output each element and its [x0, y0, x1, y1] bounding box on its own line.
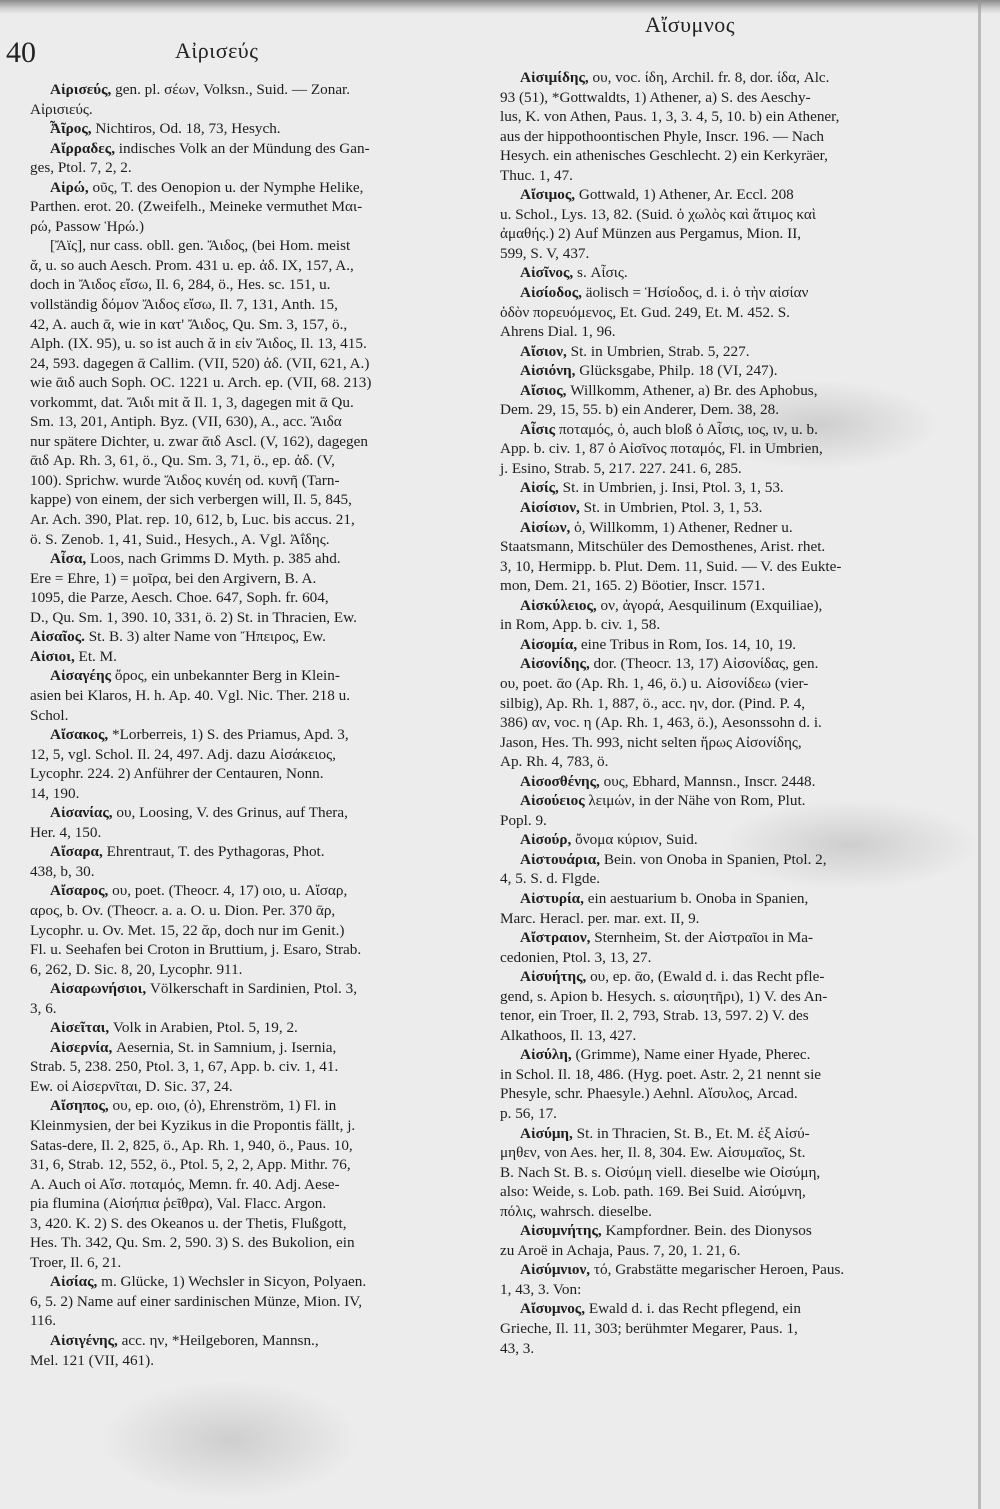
entry-text: Hes. Th. 342, Qu. Sm. 2, 590. 3) S. des …	[30, 1234, 355, 1251]
headword: Αἴσαρα,	[50, 843, 103, 860]
headword: Αἰσκύλειος,	[520, 597, 597, 614]
entry-text: dor. (Theocr. 13, 17) Αἰσονίδας, gen.	[590, 655, 819, 672]
entry-text: Grieche, Il. 11, 303; berühmter Megarer,…	[500, 1320, 798, 1337]
text-line: 3, 420. K. 2) S. des Okeanos u. der Thet…	[30, 1214, 480, 1234]
entry-line: Αἰσαρωνήσιοι, Völkerschaft in Sardinien,…	[30, 979, 480, 999]
entry-text: Willkomm, Athener, a) Br. des Aphobus,	[566, 382, 817, 399]
text-line: Popl. 9.	[500, 811, 960, 831]
headword: Αἰσοσθένης,	[520, 773, 600, 790]
text-line: 1095, die Parze, Aesch. Choe. 647, Soph.…	[30, 588, 480, 608]
text-line: 31, 6, Strab. 12, 552, ö., Ptol. 5, 2, 2…	[30, 1155, 480, 1175]
entry-line: Αἰστουάρια, Bein. von Onoba in Spanien, …	[500, 850, 960, 870]
entry-line: Αἴσηπος, ου, ep. οιο, (ὁ), Ehrenström, 1…	[30, 1096, 480, 1116]
headword: Αἰσανίας,	[50, 804, 113, 821]
entry-line: Αἰσιγένης, acc. ην, *Heilgeboren, Mannsn…	[30, 1331, 480, 1351]
entry-text: 116.	[30, 1312, 56, 1329]
entry-line: Αἰρισεύς, gen. pl. σέων, Volksn., Suid. …	[30, 80, 480, 100]
headword: Αἴσακος,	[50, 726, 108, 743]
entry-text: aus der hippothoontischen Phyle, Inscr. …	[500, 128, 824, 145]
entry-text: 438, b, 30.	[30, 863, 95, 880]
entry-text: Lycophr. 224. 2) Anführer der Centauren,…	[30, 765, 324, 782]
entry-line: Αἰσομία, eine Tribus in Rom, Ios. 14, 10…	[500, 635, 960, 655]
entry-line: Αἰρώ, οῦς, T. des Oenopion u. der Nymphe…	[30, 178, 480, 198]
text-line: j. Esino, Strab. 5, 217. 227. 241. 6, 28…	[500, 459, 960, 479]
entry-line: Αἰσίων, ὁ, Willkomm, 1) Athener, Redner …	[500, 518, 960, 538]
entry-text: 24, 593. dagegen ᾱ Callim. (VII, 520) ἀδ…	[30, 355, 369, 372]
entry-line: Αἴσαρα, Ehrentraut, T. des Pythagoras, P…	[30, 842, 480, 862]
entry-line: Αἰσίς, St. in Umbrien, j. Insi, Ptol. 3,…	[500, 478, 960, 498]
text-line: pia flumina (Αἰσήπια ῥεῖθρα), Val. Flacc…	[30, 1194, 480, 1214]
text-line: aus der hippothoontischen Phyle, Inscr. …	[500, 127, 960, 147]
entry-text: [Ἄϊς], nur cass. obll. gen. Ἄιδος, (bei …	[50, 237, 350, 254]
entry-line: Αἰσεῖται, Volk in Arabien, Ptol. 5, 19, …	[30, 1018, 480, 1038]
entry-line: Αἶσις ποταμός, ὁ, auch bloß ὁ Αἶσις, ιος…	[500, 420, 960, 440]
text-line: Αἰρισιεύς.	[30, 100, 480, 120]
entry-text: Glücksgabe, Philp. 18 (VI, 247).	[575, 362, 777, 379]
entry-text: cedonien, Ptol. 3, 13, 27.	[500, 949, 651, 966]
text-line: Lycophr. 224. 2) Anführer der Centauren,…	[30, 764, 480, 784]
entry-text: 100). Sprichw. wurde Ἄιδος κυνέη od. κυν…	[30, 472, 340, 489]
entry-text: ποταμός, ὁ, auch bloß ὁ Αἶσις, ιος, ιν, …	[555, 421, 818, 438]
headword: Αἰσαῖος.	[30, 628, 85, 645]
entry-text: Strab. 5, 238. 250, Ptol. 3, 1, 67, App.…	[30, 1058, 338, 1075]
entry-text: ρώ, Passow Ἡρώ.)	[30, 218, 144, 235]
entry-text: lus, K. von Athen, Paus. 1, 3, 3. 4, 5, …	[500, 108, 839, 125]
entry-text: Völkerschaft in Sardinien, Ptol. 3,	[146, 980, 357, 997]
headword: Αἰσιγένης,	[50, 1332, 118, 1349]
entry-text: Ew. οἱ Αἰσερνῖται, D. Sic. 37, 24.	[30, 1078, 233, 1095]
entry-text: 93 (51), *Gottwaldts, 1) Athener, a) S. …	[500, 89, 811, 106]
headword: Αἰσερνία,	[50, 1039, 112, 1056]
entry-text: kappe) von einem, der sich verbergen wil…	[30, 491, 352, 508]
entry-line: Ἆῖρος, Nichtiros, Od. 18, 73, Hesych.	[30, 119, 480, 139]
text-line: Ere = Ehre, 1) = μοῖρα, bei den Argivern…	[30, 569, 480, 589]
entry-text: ους, Ebhard, Mannsn., Inscr. 2448.	[600, 773, 816, 790]
text-line: ρώ, Passow Ἡρώ.)	[30, 217, 480, 237]
left-column: Αἰρισεύς, gen. pl. σέων, Volksn., Suid. …	[30, 80, 480, 1370]
headword: Αἰσίσιον,	[520, 499, 580, 516]
text-line: 43, 3.	[500, 1339, 960, 1359]
entry-text: Schol.	[30, 707, 68, 724]
text-line: ὁδὸν πορευόμενος, Et. Gud. 249, Et. M. 4…	[500, 303, 960, 323]
entry-text: St. in Thracien, St. B., Et. M. ἐξ Αἰσύ-	[573, 1125, 810, 1142]
entry-text: St. B. 3) alter Name von Ἤπειρος, Ew.	[85, 628, 326, 645]
entry-text: also: Weide, s. Lob. path. 169. Bei Suid…	[500, 1183, 806, 1200]
entry-text: Marc. Heracl. per. mar. ext. II, 9.	[500, 910, 699, 927]
text-line: 3, 6.	[30, 999, 480, 1019]
text-line: Mel. 121 (VII, 461).	[30, 1351, 480, 1371]
entry-text: in Schol. Il. 18, 486. (Hyg. poet. Astr.…	[500, 1066, 821, 1083]
text-line: Parthen. erot. 20. (Zweifelh., Meineke v…	[30, 197, 480, 217]
entry-text: ου, poet. ᾱο (Ap. Rh. 1, 46, ö.) u. Αἰσο…	[500, 675, 808, 692]
text-line: Grieche, Il. 11, 303; berühmter Megarer,…	[500, 1319, 960, 1339]
entry-text: ου, poet. (Theocr. 4, 17) οιο, u. Αἴσαρ,	[108, 882, 347, 899]
headword: Αἰστυρία,	[520, 890, 584, 907]
entry-text: Gottwald, 1) Athener, Ar. Eccl. 208	[575, 186, 794, 203]
entry-text: τό, Grabstätte megarischer Heroen, Paus.	[590, 1261, 844, 1278]
entry-text: 42, A. auch ᾱ, wie in κατ' Ἄιδος, Qu. Sm…	[30, 316, 347, 333]
entry-text: A. Auch οἱ Αἴσ. ποταμός, Memn. fr. 40. A…	[30, 1176, 340, 1193]
entry-text: Alph. (IX. 95), u. so ist auch ᾰ in εἰν …	[30, 335, 367, 352]
entry-text: zu Aroë in Achaja, Paus. 7, 20, 1. 21, 6…	[500, 1242, 740, 1259]
text-line: 100). Sprichw. wurde Ἄιδος κυνέη od. κυν…	[30, 471, 480, 491]
entry-text: B. Nach St. B. s. Οἰσύμη viell. dieselbe…	[500, 1164, 820, 1181]
text-line: cedonien, Ptol. 3, 13, 27.	[500, 948, 960, 968]
text-line: 386) αν, voc. η (Ap. Rh. 1, 463, ö.), Ae…	[500, 713, 960, 733]
text-line: Hes. Th. 342, Qu. Sm. 2, 590. 3) S. des …	[30, 1233, 480, 1253]
entry-text: St. in Umbrien, Ptol. 3, 1, 53.	[580, 499, 763, 516]
text-line: vorkommt, dat. Ἄιδι mit ᾰ Il. 1, 3, dage…	[30, 393, 480, 413]
text-line: Satas-dere, Il. 2, 825, ö., Ap. Rh. 1, 9…	[30, 1136, 480, 1156]
entry-line: Αἰσοσθένης, ους, Ebhard, Mannsn., Inscr.…	[500, 772, 960, 792]
headword: Αἰσιόνη,	[520, 362, 575, 379]
entry-text: ου, Loosing, V. des Grinus, auf Thera,	[113, 804, 348, 821]
entry-text: Ere = Ehre, 1) = μοῖρα, bei den Argivern…	[30, 570, 316, 587]
text-line: πόλις, wahrsch. dieselbe.	[500, 1202, 960, 1222]
entry-text: Αἰρισιεύς.	[30, 101, 93, 118]
text-line: 12, 5, vgl. Schol. Il. 24, 497. Adj. daz…	[30, 745, 480, 765]
entry-line: Αἰσκύλειος, ον, ἀγορά, Aesquilinum (Exqu…	[500, 596, 960, 616]
entry-line: Αἶσα, Loos, nach Grimms D. Myth. p. 385 …	[30, 549, 480, 569]
entry-text: πόλις, wahrsch. dieselbe.	[500, 1203, 652, 1220]
text-line: αρος, b. Ov. (Theocr. a. a. O. u. Dion. …	[30, 901, 480, 921]
headword: Αἰσυμνήτης,	[520, 1222, 602, 1239]
scan-smudge	[100, 1380, 360, 1500]
entry-text: doch in Ἄιδος εἴσω, Il. 6, 284, ö., Hes.…	[30, 276, 330, 293]
entry-text: äolisch = Ἡσίοδος, d. i. ὁ τὴν αἰσίαν	[582, 284, 809, 301]
text-line: zu Aroë in Achaja, Paus. 7, 20, 1. 21, 6…	[500, 1241, 960, 1261]
entry-text: silbig), Ap. Rh. 1, 887, ö., acc. ην, do…	[500, 695, 805, 712]
entry-text: Ap. Rh. 4, 783, ö.	[500, 753, 608, 770]
text-line: 6, 5. 2) Name auf einer sardinischen Mün…	[30, 1292, 480, 1312]
text-line: 599, S. V, 437.	[500, 244, 960, 264]
text-line: 3, 10, Hermipp. b. Plut. Dem. 11, Suid. …	[500, 557, 960, 577]
text-line: μηθεν, von Aes. her, Il. 8, 304. Ew. Αἰσ…	[500, 1143, 960, 1163]
text-line: Phesyle, schr. Phaesyle.) Aehnl. Αἴσυλος…	[500, 1084, 960, 1104]
entry-line: Αἰσανίας, ου, Loosing, V. des Grinus, au…	[30, 803, 480, 823]
text-line: Her. 4, 150.	[30, 823, 480, 843]
entry-text: s. Αἶσις.	[573, 264, 627, 281]
entry-line: Αἰσιόνη, Glücksgabe, Philp. 18 (VI, 247)…	[500, 361, 960, 381]
text-line: Alkathoos, Il. 13, 427.	[500, 1026, 960, 1046]
text-line: Ap. Rh. 4, 783, ö.	[500, 752, 960, 772]
text-line: gend, s. Apion b. Hesych. s. αἰσυητῆρι),…	[500, 987, 960, 1007]
entry-text: Parthen. erot. 20. (Zweifelh., Meineke v…	[30, 198, 362, 215]
text-line: tenor, ein Troer, Il. 2, 793, Strab. 13,…	[500, 1006, 960, 1026]
entry-text: ου, ep. ᾱο, (Ewald d. i. das Recht pfle-	[586, 968, 824, 985]
entry-text: 3, 10, Hermipp. b. Plut. Dem. 11, Suid. …	[500, 558, 841, 575]
text-line: ου, poet. ᾱο (Ap. Rh. 1, 46, ö.) u. Αἰσο…	[500, 674, 960, 694]
entry-text: indisches Volk an der Mündung des Gan-	[115, 140, 370, 157]
text-line: Jason, Hes. Th. 993, nicht selten ἥρως Α…	[500, 733, 960, 753]
text-line: 93 (51), *Gottwaldts, 1) Athener, a) S. …	[500, 88, 960, 108]
headword: Αἰσίων,	[520, 519, 570, 536]
text-line: Ahrens Dial. 1, 96.	[500, 322, 960, 342]
entry-text: u. Schol., Lys. 13, 82. (Suid. ὁ χωλὸς κ…	[500, 206, 816, 223]
entry-line: Αἴρραδες, indisches Volk an der Mündung …	[30, 139, 480, 159]
text-line: Marc. Heracl. per. mar. ext. II, 9.	[500, 909, 960, 929]
entry-text: οῦς, T. des Oenopion u. der Nymphe Helik…	[89, 179, 364, 196]
text-line: [Ἄϊς], nur cass. obll. gen. Ἄιδος, (bei …	[30, 236, 480, 256]
entry-line: Αἴσιμος, Gottwald, 1) Athener, Ar. Eccl.…	[500, 185, 960, 205]
text-line: Lycophr. u. Ov. Met. 15, 22 ᾰρ, doch nur…	[30, 921, 480, 941]
headword: Αἶσις	[520, 421, 555, 438]
entry-text: Ar. Ach. 390, Plat. rep. 10, 612, b, Luc…	[30, 511, 355, 528]
entry-text: Volk in Arabien, Ptol. 5, 19, 2.	[109, 1019, 298, 1036]
entry-line: Αἰσίας, m. Glücke, 1) Wechsler in Sicyon…	[30, 1272, 480, 1292]
text-line: 438, b, 30.	[30, 862, 480, 882]
entry-text: αρος, b. Ov. (Theocr. a. a. O. u. Dion. …	[30, 902, 335, 919]
text-line: 6, 262, D. Sic. 8, 20, Lycophr. 911.	[30, 960, 480, 980]
entry-text: ἀμαθής.) 2) Auf Münzen aus Pergamus, Mio…	[500, 225, 801, 242]
entry-text: Kleinmysien, der bei Kyzikus in die Prop…	[30, 1117, 355, 1134]
text-line: Sm. 13, 201, Antiph. Byz. (VII, 630), A.…	[30, 412, 480, 432]
entry-text: St. in Umbrien, Strab. 5, 227.	[567, 343, 750, 360]
entry-text: ὄνομα κύριον, Suid.	[571, 831, 697, 848]
entry-text: tenor, ein Troer, Il. 2, 793, Strab. 13,…	[500, 1007, 809, 1024]
entry-line: Αἰσαῖος. St. B. 3) alter Name von Ἤπειρο…	[30, 627, 480, 647]
entry-text: Fl. u. Seehafen bei Croton in Bruttium, …	[30, 941, 361, 958]
entry-text: Loos, nach Grimms D. Myth. p. 385 ahd.	[86, 550, 340, 567]
text-line: ges, Ptol. 7, 2, 2.	[30, 158, 480, 178]
entry-line: Αἴσυμνος, Ewald d. i. das Recht pflegend…	[500, 1299, 960, 1319]
entry-text: ᾱιδ Ap. Rh. 3, 61, ö., Qu. Sm. 3, 71, ö.…	[30, 452, 335, 469]
headword: Αἰσεῖται,	[50, 1019, 109, 1036]
entry-text: 3, 420. K. 2) S. des Okeanos u. der Thet…	[30, 1215, 347, 1232]
headword: Αἰσαγέης	[50, 667, 111, 684]
entry-line: Αἰσίσιον, St. in Umbrien, Ptol. 3, 1, 53…	[500, 498, 960, 518]
headword: Αἴσιμος,	[520, 186, 575, 203]
entry-text: p. 56, 17.	[500, 1105, 557, 1122]
entry-text: ὄρος, ein unbekannter Berg in Klein-	[111, 667, 340, 684]
entry-line: Αἰστυρία, ein aestuarium b. Onoba in Spa…	[500, 889, 960, 909]
running-head-right: Αἴσυμνος	[645, 12, 735, 38]
entry-text: Troer, Il. 6, 21.	[30, 1254, 121, 1271]
entry-text: 1, 43, 3. Von:	[500, 1281, 581, 1298]
text-line: Staatsmann, Mitschüler des Demosthenes, …	[500, 537, 960, 557]
text-line: 4, 5. S. d. Flgde.	[500, 869, 960, 889]
headword: Αἴσηπος,	[50, 1097, 109, 1114]
entry-text: Ahrens Dial. 1, 96.	[500, 323, 616, 340]
headword: Αἰσαρωνήσιοι,	[50, 980, 146, 997]
entry-text: Alkathoos, Il. 13, 427.	[500, 1027, 636, 1044]
entry-text: Hesych. ein athenisches Geschlecht. 2) e…	[500, 147, 828, 164]
text-line: ἀμαθής.) 2) Auf Münzen aus Pergamus, Mio…	[500, 224, 960, 244]
text-line: nur spätere Dichter, u. zwar ᾱιδ Ascl. (…	[30, 432, 480, 452]
entry-text: Et. M.	[75, 648, 117, 665]
text-line: 1, 43, 3. Von:	[500, 1280, 960, 1300]
text-line: in Rom, App. b. civ. 1, 58.	[500, 615, 960, 635]
headword: Αἰστουάρια,	[520, 851, 600, 868]
text-line: lus, K. von Athen, Paus. 1, 3, 3. 4, 5, …	[500, 107, 960, 127]
entry-line: Αἰσούειος λειμών, in der Nähe von Rom, P…	[500, 791, 960, 811]
entry-text: μηθεν, von Aes. her, Il. 8, 304. Ew. Αἰσ…	[500, 1144, 805, 1161]
headword: Αἰσίς,	[520, 479, 559, 496]
headword: Αἰσιοι,	[30, 648, 75, 665]
entry-text: Bein. von Onoba in Spanien, Ptol. 2,	[600, 851, 827, 868]
text-line: ᾰ, u. so auch Aesch. Prom. 431 u. ep. ἀδ…	[30, 256, 480, 276]
text-line: Kleinmysien, der bei Kyzikus in die Prop…	[30, 1116, 480, 1136]
page-fold-line	[978, 0, 981, 1509]
entry-text: m. Glücke, 1) Wechsler in Sicyon, Polyae…	[97, 1273, 366, 1290]
text-line: 116.	[30, 1311, 480, 1331]
entry-line: Αἰσυήτης, ου, ep. ᾱο, (Ewald d. i. das R…	[500, 967, 960, 987]
headword: Αἴρραδες,	[50, 140, 115, 157]
entry-text: acc. ην, *Heilgeboren, Mannsn.,	[118, 1332, 319, 1349]
text-line: vollständig δόμον Ἄιδος εἴσω, Il. 7, 131…	[30, 295, 480, 315]
scan-top-edge	[0, 0, 1000, 14]
text-line: u. Schol., Lys. 13, 82. (Suid. ὁ χωλὸς κ…	[500, 205, 960, 225]
entry-text: ου, ep. οιο, (ὁ), Ehrenström, 1) Fl. in	[109, 1097, 337, 1114]
entry-line: Αἴσαρος, ου, poet. (Theocr. 4, 17) οιο, …	[30, 881, 480, 901]
headword: Αἰρισεύς,	[50, 81, 111, 98]
entry-text: vollständig δόμον Ἄιδος εἴσω, Il. 7, 131…	[30, 296, 338, 313]
text-line: Dem. 29, 15, 55. b) ein Anderer, Dem. 38…	[500, 400, 960, 420]
entry-text: Her. 4, 150.	[30, 824, 101, 841]
entry-text: in Rom, App. b. civ. 1, 58.	[500, 616, 660, 633]
entry-text: Sm. 13, 201, Antiph. Byz. (VII, 630), A.…	[30, 413, 342, 430]
text-line: in Schol. Il. 18, 486. (Hyg. poet. Astr.…	[500, 1065, 960, 1085]
text-line: ö. S. Zenob. 1, 41, Suid., Hesych., A. V…	[30, 530, 480, 550]
entry-text: Staatsmann, Mitschüler des Demosthenes, …	[500, 538, 825, 555]
entry-text: ου, voc. ίδη, Archil. fr. 8, dor. ίδα, A…	[589, 69, 830, 86]
entry-text: ᾰ, u. so auch Aesch. Prom. 431 u. ep. ἀδ…	[30, 257, 354, 274]
entry-text: Satas-dere, Il. 2, 825, ö., Ap. Rh. 1, 9…	[30, 1137, 353, 1154]
running-head-left: Αἰρισεύς	[175, 38, 258, 64]
entry-text: Sternheim, St. der Αἰστραῖοι in Ma-	[590, 929, 813, 946]
text-line: A. Auch οἱ Αἴσ. ποταμός, Memn. fr. 40. A…	[30, 1175, 480, 1195]
entry-text: vorkommt, dat. Ἄιδι mit ᾰ Il. 1, 3, dage…	[30, 394, 354, 411]
headword: Αἴσυμνος,	[520, 1300, 585, 1317]
entry-text: ö. S. Zenob. 1, 41, Suid., Hesych., A. V…	[30, 531, 330, 548]
entry-line: Αἰσῖνος, s. Αἶσις.	[500, 263, 960, 283]
entry-text: λειμών, in der Nähe von Rom, Plut.	[585, 792, 806, 809]
headword: Αἰσούρ,	[520, 831, 571, 848]
entry-text: Mel. 121 (VII, 461).	[30, 1352, 154, 1369]
entry-line: Αἴσιον, St. in Umbrien, Strab. 5, 227.	[500, 342, 960, 362]
headword: Αἴσιον,	[520, 343, 567, 360]
entry-line: Αἰσερνία, Aesernia, St. in Samnium, j. I…	[30, 1038, 480, 1058]
text-line: 42, A. auch ᾱ, wie in κατ' Ἄιδος, Qu. Sm…	[30, 315, 480, 335]
entry-text: nur spätere Dichter, u. zwar ᾱιδ Ascl. (…	[30, 433, 368, 450]
entry-text: pia flumina (Αἰσήπια ῥεῖθρα), Val. Flacc…	[30, 1195, 326, 1212]
text-line: ᾱιδ Ap. Rh. 3, 61, ö., Qu. Sm. 3, 71, ö.…	[30, 451, 480, 471]
headword: Αἰσῖνος,	[520, 264, 573, 281]
entry-text: Ehrentraut, T. des Pythagoras, Phot.	[103, 843, 325, 860]
entry-text: Popl. 9.	[500, 812, 547, 829]
entry-line: Αἴστραιον, Sternheim, St. der Αἰστραῖοι …	[500, 928, 960, 948]
text-line: also: Weide, s. Lob. path. 169. Bei Suid…	[500, 1182, 960, 1202]
headword: Αἴσαρος,	[50, 882, 108, 899]
entry-text: ein aestuarium b. Onoba in Spanien,	[584, 890, 808, 907]
entry-text: *Lorberreis, 1) S. des Priamus, Apd. 3,	[108, 726, 348, 743]
entry-text: mon, Dem. 21, 165. 2) Böotier, Inscr. 15…	[500, 577, 765, 594]
entry-text: 1095, die Parze, Aesch. Choe. 647, Soph.…	[30, 589, 329, 606]
entry-text: App. b. civ. 1, 87 ὁ Αἰσῖνος ποταμός, Fl…	[500, 440, 823, 457]
entry-text: ges, Ptol. 7, 2, 2.	[30, 159, 132, 176]
headword: Αἰσίοδος,	[520, 284, 582, 301]
entry-text: 43, 3.	[500, 1340, 534, 1357]
text-line: p. 56, 17.	[500, 1104, 960, 1124]
entry-text: Kampfordner. Bein. des Dionysos	[602, 1222, 812, 1239]
entry-text: ὁ, Willkomm, 1) Athener, Redner u.	[570, 519, 792, 536]
text-line: Hesych. ein athenisches Geschlecht. 2) e…	[500, 146, 960, 166]
entry-text: 599, S. V, 437.	[500, 245, 589, 262]
entry-line: Αἴσακος, *Lorberreis, 1) S. des Priamus,…	[30, 725, 480, 745]
text-line: D., Qu. Sm. 1, 390. 10, 331, ö. 2) St. i…	[30, 608, 480, 628]
text-line: 24, 593. dagegen ᾱ Callim. (VII, 520) ἀδ…	[30, 354, 480, 374]
entry-line: Αἰσύμνιον, τό, Grabstätte megarischer He…	[500, 1260, 960, 1280]
headword: Ἆῖρος,	[50, 120, 92, 137]
entry-text: asien bei Klaros, H. h. Ap. 40. Vgl. Nic…	[30, 687, 350, 704]
right-column: Αἰσιμίδης, ου, voc. ίδη, Archil. fr. 8, …	[500, 68, 960, 1358]
entry-text: Nichtiros, Od. 18, 73, Hesych.	[92, 120, 281, 137]
entry-text: D., Qu. Sm. 1, 390. 10, 331, ö. 2) St. i…	[30, 609, 357, 626]
entry-line: Αἰσίοδος, äolisch = Ἡσίοδος, d. i. ὁ τὴν…	[500, 283, 960, 303]
headword: Αἰσούειος	[520, 792, 585, 809]
entry-line: Αἰσιοι, Et. M.	[30, 647, 480, 667]
entry-text: (Grimme), Name einer Hyade, Pherec.	[572, 1046, 811, 1063]
entry-text: 14, 190.	[30, 785, 79, 802]
text-line: mon, Dem. 21, 165. 2) Böotier, Inscr. 15…	[500, 576, 960, 596]
headword: Αἰσονίδης,	[520, 655, 590, 672]
entry-text: 6, 5. 2) Name auf einer sardinischen Mün…	[30, 1293, 362, 1310]
headword: Αἴστραιον,	[520, 929, 590, 946]
text-line: wie ᾱιδ auch Soph. OC. 1221 u. Arch. ep.…	[30, 373, 480, 393]
entry-text: 4, 5. S. d. Flgde.	[500, 870, 600, 887]
entry-text: Thuc. 1, 47.	[500, 167, 573, 184]
entry-text: gen. pl. σέων, Volksn., Suid. — Zonar.	[111, 81, 350, 98]
entry-text: Ewald d. i. das Recht pflegend, ein	[585, 1300, 801, 1317]
headword: Αἰσίας,	[50, 1273, 97, 1290]
headword: Αἴσιος,	[520, 382, 566, 399]
text-line: Strab. 5, 238. 250, Ptol. 3, 1, 67, App.…	[30, 1057, 480, 1077]
entry-text: Aesernia, St. in Samnium, j. Isernia,	[112, 1039, 336, 1056]
text-line: Ar. Ach. 390, Plat. rep. 10, 612, b, Luc…	[30, 510, 480, 530]
entry-line: Αἰσυμνήτης, Kampfordner. Bein. des Diony…	[500, 1221, 960, 1241]
text-line: silbig), Ap. Rh. 1, 887, ö., acc. ην, do…	[500, 694, 960, 714]
text-line: Ew. οἱ Αἰσερνῖται, D. Sic. 37, 24.	[30, 1077, 480, 1097]
headword: Αἶσα,	[50, 550, 86, 567]
entry-text: ὁδὸν πορευόμενος, Et. Gud. 249, Et. M. 4…	[500, 304, 790, 321]
text-line: Fl. u. Seehafen bei Croton in Bruttium, …	[30, 940, 480, 960]
entry-text: j. Esino, Strab. 5, 217. 227. 241. 6, 28…	[500, 460, 742, 477]
entry-text: St. in Umbrien, j. Insi, Ptol. 3, 1, 53.	[559, 479, 784, 496]
text-line: B. Nach St. B. s. Οἰσύμη viell. dieselbe…	[500, 1163, 960, 1183]
entry-text: 386) αν, voc. η (Ap. Rh. 1, 463, ö.), Ae…	[500, 714, 822, 731]
text-line: 14, 190.	[30, 784, 480, 804]
entry-text: ον, ἀγορά, Aesquilinum (Exquiliae),	[597, 597, 823, 614]
entry-line: Αἰσαγέης ὄρος, ein unbekannter Berg in K…	[30, 666, 480, 686]
text-line: Alph. (IX. 95), u. so ist auch ᾰ in εἰν …	[30, 334, 480, 354]
entry-text: gend, s. Apion b. Hesych. s. αἰσυητῆρι),…	[500, 988, 827, 1005]
entry-line: Αἴσιος, Willkomm, Athener, a) Br. des Ap…	[500, 381, 960, 401]
entry-line: Αἰσούρ, ὄνομα κύριον, Suid.	[500, 830, 960, 850]
entry-text: 3, 6.	[30, 1000, 57, 1017]
entry-text: eine Tribus in Rom, Ios. 14, 10, 19.	[577, 636, 796, 653]
headword: Αἰρώ,	[50, 179, 89, 196]
headword: Αἰσύμη,	[520, 1125, 573, 1142]
entry-text: Dem. 29, 15, 55. b) ein Anderer, Dem. 38…	[500, 401, 779, 418]
entry-text: 31, 6, Strab. 12, 552, ö., Ptol. 5, 2, 2…	[30, 1156, 351, 1173]
headword: Αἰσυήτης,	[520, 968, 586, 985]
text-line: Thuc. 1, 47.	[500, 166, 960, 186]
entry-text: Lycophr. u. Ov. Met. 15, 22 ᾰρ, doch nur…	[30, 922, 344, 939]
entry-text: wie ᾱιδ auch Soph. OC. 1221 u. Arch. ep.…	[30, 374, 371, 391]
entry-line: Αἰσιμίδης, ου, voc. ίδη, Archil. fr. 8, …	[500, 68, 960, 88]
entry-text: 6, 262, D. Sic. 8, 20, Lycophr. 911.	[30, 961, 242, 978]
entry-text: 12, 5, vgl. Schol. Il. 24, 497. Adj. daz…	[30, 746, 336, 763]
